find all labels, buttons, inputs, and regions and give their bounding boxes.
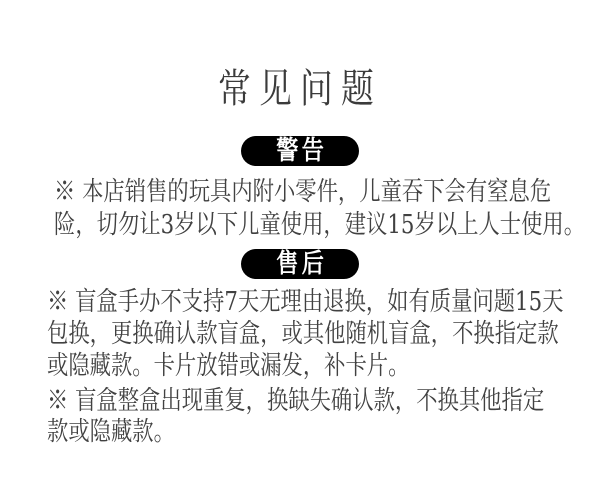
aftersales-badge: 售后 xyxy=(241,249,359,279)
warning-badge-label: 警告 xyxy=(273,136,327,166)
aftersales-paragraph-1: ※ 盲盒手办不支持7天无理由退换，如有质量问题15天 包换，更换确认款盲盒，或其… xyxy=(47,286,500,382)
aftersales-paragraph-2: ※ 盲盒整盒出现重复，换缺失确认款，不换其他指定 款或隐藏款。 xyxy=(47,386,500,448)
aftersales-p1-line-1: ※ 盲盒手办不支持7天无理由退换，如有质量问题15天 xyxy=(47,286,500,318)
aftersales-badge-row: 售后 xyxy=(0,242,600,279)
warning-badge: 警告 xyxy=(241,136,359,166)
warning-paragraph: ※ 本店销售的玩具内附小零件，儿童吞下会有窒息危 险，切勿让3岁以下儿童使用，建… xyxy=(54,176,546,242)
warning-text-line-1: ※ 本店销售的玩具内附小零件，儿童吞下会有窒息危 xyxy=(54,176,546,209)
aftersales-p1-line-2: 包换，更换确认款盲盒，或其他随机盲盒，不换指定款 xyxy=(47,318,500,350)
page-title: 常见问题 xyxy=(54,69,546,109)
aftersales-p1-line-3: 或隐藏款。卡片放错或漏发，补卡片。 xyxy=(47,350,500,382)
aftersales-badge-label: 售后 xyxy=(273,249,327,279)
faq-page: 常见问题 警告 ※ 本店销售的玩具内附小零件，儿童吞下会有窒息危 险，切勿让3岁… xyxy=(0,0,600,492)
aftersales-p2-line-2: 款或隐藏款。 xyxy=(47,417,500,448)
warning-text-line-2: 险，切勿让3岁以下儿童使用，建议15岁以上人士使用。 xyxy=(54,209,546,242)
warning-badge-row: 警告 xyxy=(0,109,600,166)
aftersales-p2-line-1: ※ 盲盒整盒出现重复，换缺失确认款，不换其他指定 xyxy=(47,386,500,417)
